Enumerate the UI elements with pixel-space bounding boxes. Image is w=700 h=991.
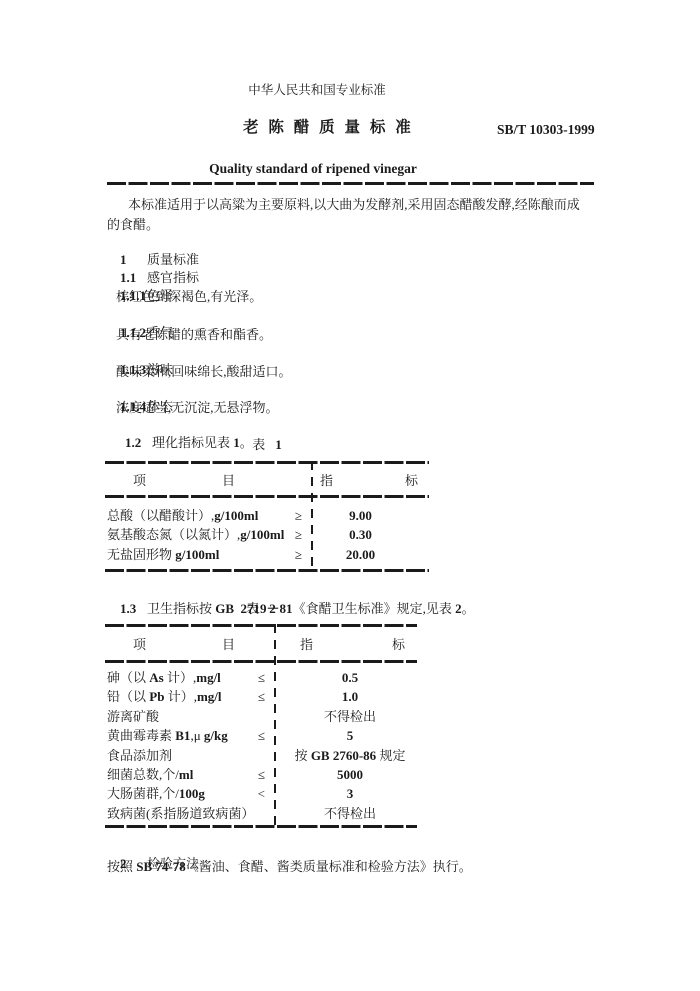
text-run: 100g: [179, 786, 205, 801]
row-label: 铅（以 Pb 计）,mg/l: [105, 687, 247, 706]
text-run: mg/l: [197, 689, 222, 704]
row-label: 游离矿酸: [105, 707, 247, 726]
column-header-item: 项 目: [105, 464, 312, 495]
text-run: 氨基酸态氮（以氮计）,: [107, 527, 240, 542]
text-run: 20.00: [346, 547, 375, 562]
doc-title-cn: 老 陈 醋 质 量 标 准: [243, 119, 414, 136]
header-char: 目: [222, 470, 235, 489]
table-rule-bottom: [105, 825, 417, 828]
text-run: 5000: [337, 767, 363, 782]
text-run: 不得检出: [324, 709, 376, 724]
clause-2-text: 按照 SB 74-78《酱油、食醋、酱类质量标准和检验方法》执行。: [107, 858, 472, 875]
text-run: SB 74-78: [136, 859, 185, 874]
table-row: 总酸（以醋酸计）,g/100ml ≥ 9.00: [105, 506, 429, 525]
text-run: 计）,: [164, 689, 197, 704]
table-1-header: 项 目 指 标: [105, 464, 429, 495]
row-relation: [247, 804, 275, 823]
text-run: g/100ml: [240, 527, 284, 542]
table-row: 致病菌(系指肠道致病菌） 不得检出: [105, 804, 417, 823]
caption-label: 表: [246, 601, 259, 616]
table-2: 项 目 指 标 砷（以 As 计）,mg/l ≤ 0.5 铅（以 Pb 计）,m…: [105, 624, 417, 828]
row-relation: ≥: [284, 545, 312, 564]
row-label: 砷（以 As 计）,mg/l: [105, 668, 247, 687]
clause-1-1-1-text: 棕红色到深褐色,有光泽。: [116, 288, 262, 305]
row-value: 9.00: [312, 506, 429, 525]
text-run: 。: [462, 601, 475, 616]
text-run: 黄曲霉毒素: [107, 728, 175, 743]
text-run: 致病菌(系指肠道致病菌）: [107, 806, 247, 821]
text-run: g/100ml: [214, 508, 258, 523]
clause-1-1-2-text: 具有老陈醋的熏香和酯香。: [116, 326, 272, 343]
row-relation: ≤: [247, 726, 275, 745]
text-run: 大肠菌群,个/: [107, 786, 179, 801]
row-value: 不得检出: [275, 707, 417, 726]
table-2-header: 项 目 指 标: [105, 627, 417, 660]
text-run: GB 2760-86: [311, 748, 376, 763]
text-run: 0.30: [349, 527, 372, 542]
scope-line-1: 本标准适用于以高粱为主要原料,以大曲为发酵剂,采用固态醋酸发酵,经陈酿而成: [128, 196, 580, 213]
text-run: 食品添加剂: [107, 748, 172, 763]
row-relation: ≤: [247, 687, 275, 706]
text-run: mg/l: [196, 670, 221, 685]
table-1-body: 总酸（以醋酸计）,g/100ml ≥ 9.00 氨基酸态氮（以氮计）,g/100…: [105, 498, 429, 569]
clause-1-1-3-text: 酸味柔和,回味绵长,酸甜适口。: [116, 363, 292, 380]
text-run: 9.00: [349, 508, 372, 523]
header-char: 标: [405, 470, 418, 489]
column-header-spec: 指 标: [275, 627, 417, 660]
header-char: 指: [300, 634, 313, 653]
clause-1-1-4-text: 浓度适当,无沉淀,无悬浮物。: [116, 399, 279, 416]
header-rule: [107, 182, 594, 185]
text-run: B1: [175, 728, 190, 743]
table-row: 砷（以 As 计）,mg/l ≤ 0.5: [105, 668, 417, 687]
table-row: 黄曲霉毒素 B1,μ g/kg ≤ 5: [105, 726, 417, 745]
text-run: As: [149, 670, 163, 685]
text-run: 砷（以: [107, 670, 149, 685]
column-divider: [274, 624, 276, 828]
row-value: 5000: [275, 765, 417, 784]
scope-line-2: 的食醋。: [107, 216, 159, 233]
caption-number: 2: [269, 601, 276, 616]
text-run: ml: [179, 767, 193, 782]
standard-code: SB/T 10303-1999: [497, 121, 595, 138]
row-relation: ≤: [247, 765, 275, 784]
row-label: 大肠菌群,个/100g: [105, 784, 247, 803]
table-2-caption: 表2: [105, 600, 417, 617]
text-run: 0.5: [342, 670, 358, 685]
row-value: 0.5: [275, 668, 417, 687]
text-run: ,μ: [190, 728, 203, 743]
doc-title-en: Quality standard of ripened vinegar: [0, 160, 626, 177]
row-label: 食品添加剂: [105, 746, 247, 765]
header-char: 标: [392, 634, 405, 653]
row-value: 3: [275, 784, 417, 803]
row-value: 1.0: [275, 687, 417, 706]
text-run: 计）,: [164, 670, 197, 685]
text-run: 细菌总数,个/: [107, 767, 179, 782]
text-run: Pb: [149, 689, 164, 704]
header-char: 目: [222, 634, 235, 653]
table-row: 铅（以 Pb 计）,mg/l ≤ 1.0: [105, 687, 417, 706]
header-char: 项: [133, 470, 146, 489]
table-2-body: 砷（以 As 计）,mg/l ≤ 0.5 铅（以 Pb 计）,mg/l ≤ 1.…: [105, 663, 417, 825]
row-relation: ≥: [284, 525, 312, 544]
row-label: 致病菌(系指肠道致病菌）: [105, 804, 247, 823]
text-run: g/kg: [204, 728, 228, 743]
doc-authority: 中华人民共和国专业标准: [0, 82, 634, 99]
row-label: 细菌总数,个/ml: [105, 765, 247, 784]
table-1: 项 目 指 标 总酸（以醋酸计）,g/100ml ≥ 9.00 氨基酸态氮（以氮…: [105, 461, 429, 572]
row-relation: <: [247, 784, 275, 803]
row-label: 无盐固形物 g/100ml: [105, 545, 284, 564]
text-run: 总酸（以醋酸计）,: [107, 508, 214, 523]
row-value: 不得检出: [275, 804, 417, 823]
table-row: 细菌总数,个/ml ≤ 5000: [105, 765, 417, 784]
document-page: 中华人民共和国专业标准 老 陈 醋 质 量 标 准 SB/T 10303-199…: [0, 0, 700, 991]
text-run: g/100ml: [175, 547, 219, 562]
row-relation: [247, 707, 275, 726]
row-relation: ≤: [247, 668, 275, 687]
table-row: 氨基酸态氮（以氮计）,g/100ml ≥ 0.30: [105, 525, 429, 544]
table-row: 无盐固形物 g/100ml ≥ 20.00: [105, 545, 429, 564]
column-header-spec: 指 标: [312, 464, 429, 495]
text-run: 按照: [107, 859, 136, 874]
table-rule-bottom: [105, 569, 429, 572]
table-row: 大肠菌群,个/100g < 3: [105, 784, 417, 803]
table-1-caption: 表1: [105, 436, 429, 453]
text-run: 铅（以: [107, 689, 149, 704]
text-run: 规定: [376, 748, 405, 763]
row-label: 黄曲霉毒素 B1,μ g/kg: [105, 726, 247, 745]
text-run: 按: [295, 748, 311, 763]
text-run: 5: [347, 728, 354, 743]
header-char: 指: [320, 470, 333, 489]
text-run: 不得检出: [324, 806, 376, 821]
caption-number: 1: [275, 437, 282, 452]
text-run: 游离矿酸: [107, 709, 159, 724]
caption-label: 表: [252, 437, 265, 452]
row-value: 20.00: [312, 545, 429, 564]
header-char: 项: [133, 634, 146, 653]
text-run: 无盐固形物: [107, 547, 175, 562]
table-row: 游离矿酸 不得检出: [105, 707, 417, 726]
row-relation: [247, 746, 275, 765]
row-value: 0.30: [312, 525, 429, 544]
text-run: 《酱油、食醋、酱类质量标准和检验方法》执行。: [186, 859, 472, 874]
text-run: 1.0: [342, 689, 358, 704]
column-header-item: 项 目: [105, 627, 275, 660]
row-relation: ≥: [284, 506, 312, 525]
column-divider: [311, 461, 313, 572]
row-label: 氨基酸态氮（以氮计）,g/100ml: [105, 525, 284, 544]
row-value: 5: [275, 726, 417, 745]
text-run: 3: [347, 786, 354, 801]
table-row: 食品添加剂 按 GB 2760-86 规定: [105, 746, 417, 765]
row-label: 总酸（以醋酸计）,g/100ml: [105, 506, 284, 525]
row-value: 按 GB 2760-86 规定: [275, 746, 417, 765]
